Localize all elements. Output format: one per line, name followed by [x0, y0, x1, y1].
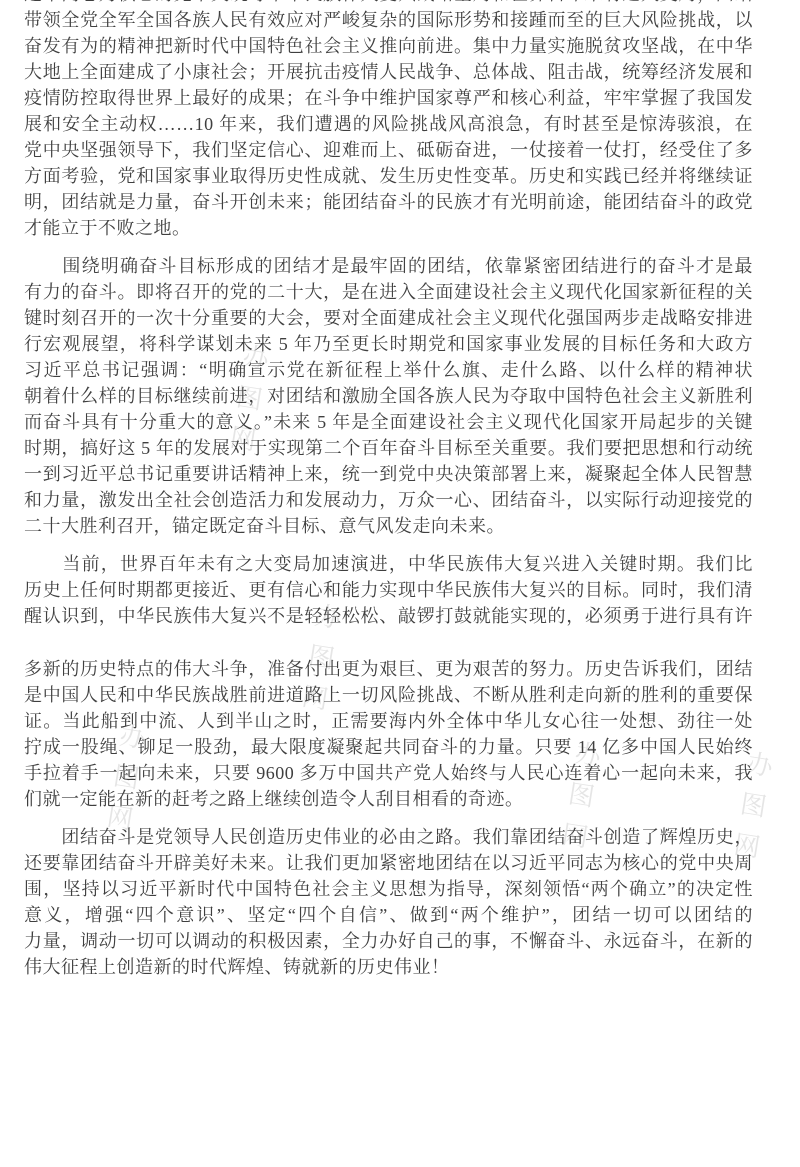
- text-line: 近平同志为核心的党中央统筹中华民族伟大复兴战略全局和世界百年未有之大变局，团结: [24, 0, 753, 7]
- text-line: 当前，世界百年未有之大变局加速演进，中华民族伟大复兴进入关键时期。我们比: [24, 551, 753, 577]
- text-line: 醒认识到，中华民族伟大复兴不是轻轻松松、敲锣打鼓就能实现的，必须勇于进行具有许: [24, 603, 753, 629]
- document-text-block: 近平同志为核心的党中央统筹中华民族伟大复兴战略全局和世界百年未有之大变局，团结带…: [24, 0, 753, 980]
- text-line: 而奋斗具有十分重大的意义。”未来 5 年是全面建设社会主义现代化国家开局起步的关…: [24, 409, 753, 435]
- text-line: 证。当此船到中流、人到半山之时，正需要海内外全体中华儿女心往一处想、劲往一处使，: [24, 708, 753, 734]
- paragraph: 近平同志为核心的党中央统筹中华民族伟大复兴战略全局和世界百年未有之大变局，团结带…: [24, 0, 753, 241]
- paragraph: 团结奋斗是党领导人民创造历史伟业的必由之路。我们靠团结奋斗创造了辉煌历史，还要靠…: [24, 824, 753, 980]
- paragraph: 多新的历史特点的伟大斗争，准备付出更为艰巨、更为艰苦的努力。历史告诉我们，团结是…: [24, 656, 753, 812]
- text-line: 行宏观展望，将科学谋划未来 5 年乃至更长时期党和国家事业发展的目标任务和大政方…: [24, 331, 753, 357]
- text-line: 多新的历史特点的伟大斗争，准备付出更为艰巨、更为艰苦的努力。历史告诉我们，团结: [24, 656, 753, 682]
- text-line: 习近平总书记强调：“明确宣示党在新征程上举什么旗、走什么路、以什么样的精神状态、: [24, 357, 753, 383]
- text-line: 方面考验，党和国家事业取得历史性成就、发生历史性变革。历史和实践已经并将继续证: [24, 163, 753, 189]
- text-line: 手拉着手一起向未来，只要 9600 多万中国共产党人始终与人民心连着心一起向未来…: [24, 760, 753, 786]
- text-line: 二十大胜利召开，锚定既定奋斗目标、意气风发走向未来。: [24, 513, 753, 539]
- document-page: 办图网 办图网 办图网 办图网 办图网 近平同志为核心的党中央统筹中华民族伟大复…: [0, 0, 800, 1167]
- text-line: 疫情防控取得世界上最好的成果；在斗争中维护国家尊严和核心利益，牢牢掌握了我国发: [24, 85, 753, 111]
- text-line: 围绕明确奋斗目标形成的团结才是最牢固的团结，依靠紧密团结进行的奋斗才是最: [24, 253, 753, 279]
- text-line: 还要靠团结奋斗开辟美好未来。让我们更加紧密地团结在以习近平同志为核心的党中央周: [24, 850, 753, 876]
- text-line: 和力量，激发出全社会创造活力和发展动力，万众一心、团结奋斗，以实际行动迎接党的: [24, 487, 753, 513]
- text-line: 带领全党全军全国各族人民有效应对严峻复杂的国际形势和接踵而至的巨大风险挑战，以: [24, 7, 753, 33]
- text-line: 键时刻召开的一次十分重要的大会，要对全面建成社会主义现代化强国两步走战略安排进: [24, 305, 753, 331]
- text-line: 时期，搞好这 5 年的发展对于实现第二个百年奋斗目标至关重要。我们要把思想和行动…: [24, 435, 753, 461]
- paragraph: 当前，世界百年未有之大变局加速演进，中华民族伟大复兴进入关键时期。我们比历史上任…: [24, 551, 753, 629]
- text-line: 大地上全面建成了小康社会；开展抗击疫情人民战争、总体战、阻击战，统筹经济发展和: [24, 59, 753, 85]
- text-line: 团结奋斗是党领导人民创造历史伟业的必由之路。我们靠团结奋斗创造了辉煌历史，: [24, 824, 753, 850]
- text-line: 拧成一股绳、铆足一股劲，最大限度凝聚起共同奋斗的力量。只要 14 亿多中国人民始…: [24, 734, 753, 760]
- text-line: 意义，增强“四个意识”、坚定“四个自信”、做到“两个维护”，团结一切可以团结的: [24, 902, 753, 928]
- text-line: 明，团结就是力量，奋斗开创未来；能团结奋斗的民族才有光明前途，能团结奋斗的政党: [24, 189, 753, 215]
- text-line: 党中央坚强领导下，我们坚定信心、迎难而上、砥砺奋进，一仗接着一仗打，经受住了多: [24, 137, 753, 163]
- text-line: 们就一定能在新的赶考之路上继续创造令人刮目相看的奇迹。: [24, 786, 753, 812]
- text-line: 展和安全主动权……10 年来，我们遭遇的风险挑战风高浪急，有时甚至是惊涛骇浪，在: [24, 111, 753, 137]
- text-line: 才能立于不败之地。: [24, 215, 753, 241]
- text-line: 朝着什么样的目标继续前进，对团结和激励全国各族人民为夺取中国特色社会主义新胜利: [24, 383, 753, 409]
- text-line: 有力的奋斗。即将召开的党的二十大，是在进入全面建设社会主义现代化国家新征程的关: [24, 279, 753, 305]
- text-line: 历史上任何时期都更接近、更有信心和能力实现中华民族伟大复兴的目标。同时，我们清: [24, 577, 753, 603]
- text-line: 力量，调动一切可以调动的积极因素，全力办好自己的事，不懈奋斗、永远奋斗，在新的: [24, 928, 753, 954]
- text-line: 伟大征程上创造新的时代辉煌、铸就新的历史伟业！: [24, 954, 753, 980]
- text-line: 一到习近平总书记重要讲话精神上来，统一到党中央决策部署上来，凝聚起全体人民智慧: [24, 461, 753, 487]
- text-line: 奋发有为的精神把新时代中国特色社会主义推向前进。集中力量实施脱贫攻坚战，在中华: [24, 33, 753, 59]
- text-line: 围，坚持以习近平新时代中国特色社会主义思想为指导，深刻领悟“两个确立”的决定性: [24, 876, 753, 902]
- text-line: 是中国人民和中华民族战胜前进道路上一切风险挑战、不断从胜利走向新的胜利的重要保: [24, 682, 753, 708]
- paragraph: 围绕明确奋斗目标形成的团结才是最牢固的团结，依靠紧密团结进行的奋斗才是最有力的奋…: [24, 253, 753, 539]
